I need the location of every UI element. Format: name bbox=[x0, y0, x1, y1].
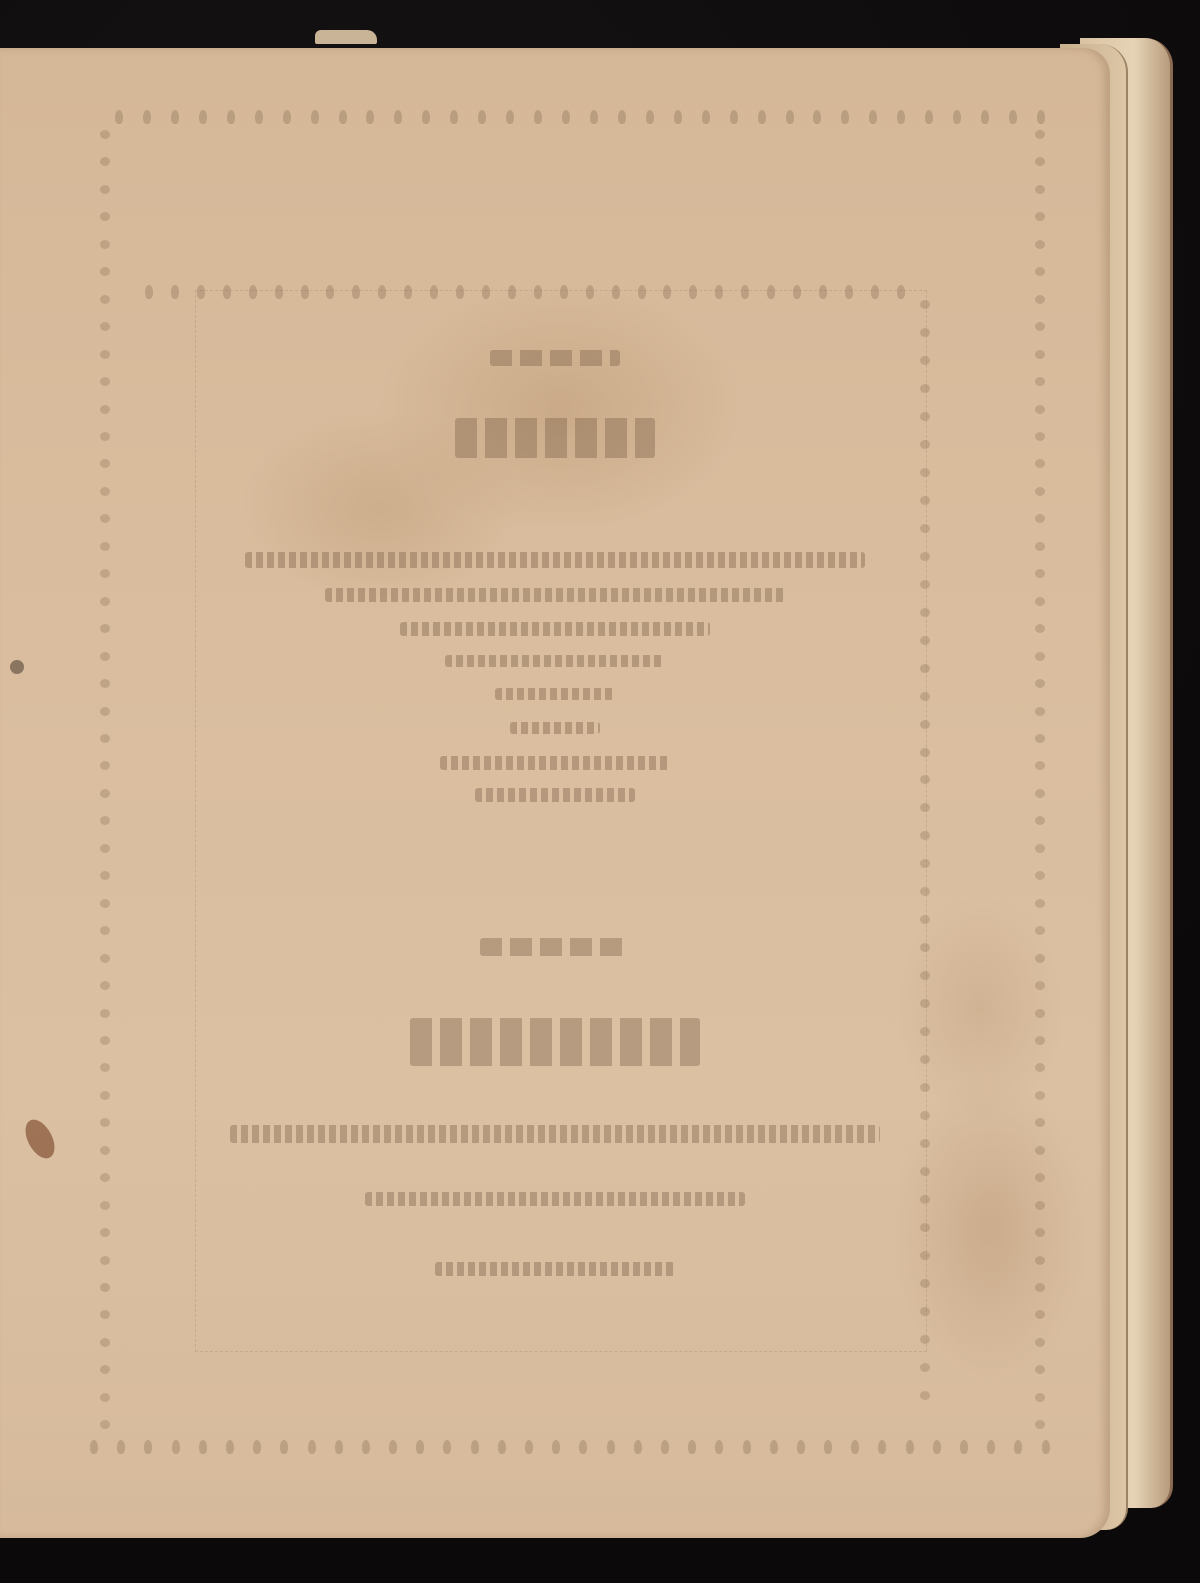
ornament-glyph bbox=[824, 1440, 832, 1454]
ornament-glyph bbox=[618, 110, 626, 124]
ornament-glyph bbox=[172, 1440, 180, 1454]
faded-glyphs bbox=[475, 788, 635, 802]
ornament-border-bottom bbox=[90, 1440, 1050, 1454]
ornament-glyph bbox=[1035, 1393, 1045, 1402]
ornament-glyph bbox=[100, 871, 110, 880]
ornament-glyph bbox=[1035, 1310, 1045, 1319]
ornament-glyph bbox=[100, 1393, 110, 1402]
bleed-text-line bbox=[0, 622, 1110, 636]
ornament-glyph bbox=[1035, 1173, 1045, 1182]
ornament-glyph bbox=[1035, 157, 1045, 166]
ornament-glyph bbox=[443, 1440, 451, 1454]
ornament-glyph bbox=[953, 110, 961, 124]
ornament-glyph bbox=[987, 1440, 995, 1454]
ornament-glyph bbox=[144, 1440, 152, 1454]
ornament-glyph bbox=[1035, 734, 1045, 743]
ornament-glyph bbox=[1035, 487, 1045, 496]
ornament-glyph bbox=[100, 1338, 110, 1347]
faded-glyphs bbox=[325, 588, 785, 602]
ornament-glyph bbox=[1035, 569, 1045, 578]
ornament-glyph bbox=[100, 1091, 110, 1100]
ornament-glyph bbox=[607, 1440, 615, 1454]
ornament-glyph bbox=[1035, 707, 1045, 716]
ornament-glyph bbox=[1035, 322, 1045, 331]
ornament-glyph bbox=[199, 1440, 207, 1454]
ornament-glyph bbox=[506, 110, 514, 124]
ornament-glyph bbox=[171, 285, 179, 299]
ornament-glyph bbox=[786, 110, 794, 124]
bleed-text-line bbox=[0, 1125, 1110, 1143]
ornament-glyph bbox=[1035, 185, 1045, 194]
ornament-glyph bbox=[1035, 1091, 1045, 1100]
ornament-glyph bbox=[878, 1440, 886, 1454]
ornament-glyph bbox=[100, 130, 110, 139]
ornament-glyph bbox=[422, 110, 430, 124]
ornament-glyph bbox=[758, 110, 766, 124]
ornament-glyph bbox=[100, 377, 110, 386]
ornament-glyph bbox=[1009, 110, 1017, 124]
ornament-glyph bbox=[579, 1440, 587, 1454]
ornament-glyph bbox=[171, 110, 179, 124]
bleed-text-line bbox=[0, 588, 1110, 602]
ornament-glyph bbox=[100, 405, 110, 414]
ornament-glyph bbox=[920, 1391, 930, 1400]
ornament-glyph bbox=[1035, 267, 1045, 276]
ornament-glyph bbox=[925, 110, 933, 124]
ornament-glyph bbox=[226, 1440, 234, 1454]
ornament-glyph bbox=[335, 1440, 343, 1454]
ornament-glyph bbox=[552, 1440, 560, 1454]
faded-glyphs bbox=[400, 622, 710, 636]
ornament-glyph bbox=[730, 110, 738, 124]
ornament-glyph bbox=[100, 1228, 110, 1237]
ornament-glyph bbox=[851, 1440, 859, 1454]
ornament-glyph bbox=[1035, 212, 1045, 221]
ornament-glyph bbox=[117, 1440, 125, 1454]
ornament-glyph bbox=[498, 1440, 506, 1454]
ornament-glyph bbox=[933, 1440, 941, 1454]
bleed-heading-line bbox=[0, 938, 1110, 956]
ornament-glyph bbox=[100, 1173, 110, 1182]
faded-glyphs bbox=[510, 722, 600, 734]
ornament-glyph bbox=[634, 1440, 642, 1454]
ornament-glyph bbox=[920, 1363, 930, 1372]
ornament-glyph bbox=[416, 1440, 424, 1454]
ornament-glyph bbox=[280, 1440, 288, 1454]
faded-glyphs bbox=[455, 418, 655, 458]
faded-glyphs bbox=[490, 350, 620, 366]
ornament-glyph bbox=[688, 1440, 696, 1454]
faded-glyphs bbox=[365, 1192, 745, 1206]
ornament-glyph bbox=[1035, 844, 1045, 853]
ornament-glyph bbox=[100, 1310, 110, 1319]
ornament-glyph bbox=[450, 110, 458, 124]
ornament-glyph bbox=[308, 1440, 316, 1454]
ornament-glyph bbox=[100, 514, 110, 523]
ornament-glyph bbox=[770, 1440, 778, 1454]
ornament-glyph bbox=[283, 110, 291, 124]
ornament-glyph bbox=[1035, 514, 1045, 523]
ornament-glyph bbox=[100, 981, 110, 990]
ornament-glyph bbox=[100, 1146, 110, 1155]
bleed-heading-line bbox=[0, 350, 1110, 366]
ornament-glyph bbox=[1035, 871, 1045, 880]
faded-glyphs bbox=[440, 756, 670, 770]
ornament-glyph bbox=[1035, 240, 1045, 249]
ornament-glyph bbox=[841, 110, 849, 124]
ornament-glyph bbox=[1035, 1365, 1045, 1374]
faded-glyphs bbox=[230, 1125, 880, 1143]
ornament-glyph bbox=[715, 1440, 723, 1454]
ornament-glyph bbox=[100, 844, 110, 853]
faded-glyphs bbox=[435, 1262, 675, 1276]
ornament-glyph bbox=[562, 110, 570, 124]
ornament-border-left bbox=[100, 130, 110, 1430]
ornament-glyph bbox=[702, 110, 710, 124]
ornament-border-right bbox=[1035, 130, 1045, 1430]
ornament-glyph bbox=[1035, 679, 1045, 688]
ornament-glyph bbox=[1035, 1146, 1045, 1155]
bleed-text-line bbox=[0, 552, 1110, 568]
ornament-glyph bbox=[1035, 1283, 1045, 1292]
bleed-text-line bbox=[0, 655, 1110, 667]
ornament-glyph bbox=[389, 1440, 397, 1454]
ornament-glyph bbox=[100, 185, 110, 194]
bleed-heading-line bbox=[0, 418, 1110, 458]
ornament-glyph bbox=[1035, 1420, 1045, 1429]
ornament-glyph bbox=[1035, 899, 1045, 908]
ornament-glyph bbox=[661, 1440, 669, 1454]
bleed-text-line bbox=[0, 688, 1110, 700]
ornament-glyph bbox=[897, 110, 905, 124]
ornament-glyph bbox=[960, 1440, 968, 1454]
ornament-glyph bbox=[100, 707, 110, 716]
ornament-glyph bbox=[1014, 1440, 1022, 1454]
faded-glyphs bbox=[445, 655, 665, 667]
bleed-text-line bbox=[0, 756, 1110, 770]
ornament-glyph bbox=[199, 110, 207, 124]
faded-glyphs bbox=[245, 552, 865, 568]
ornament-glyph bbox=[362, 1440, 370, 1454]
ornament-glyph bbox=[471, 1440, 479, 1454]
ornament-glyph bbox=[145, 285, 153, 299]
ornament-glyph bbox=[100, 1365, 110, 1374]
ornament-glyph bbox=[1035, 926, 1045, 935]
ornament-glyph bbox=[1035, 981, 1045, 990]
ornament-glyph bbox=[1035, 405, 1045, 414]
ornament-border-top bbox=[115, 110, 1045, 124]
ornament-glyph bbox=[100, 157, 110, 166]
ornament-glyph bbox=[1035, 459, 1045, 468]
ornament-glyph bbox=[100, 816, 110, 825]
ornament-glyph bbox=[1035, 377, 1045, 386]
ornament-glyph bbox=[100, 1009, 110, 1018]
faded-glyphs bbox=[495, 688, 615, 700]
ornament-glyph bbox=[1042, 1440, 1050, 1454]
ornament-glyph bbox=[100, 542, 110, 551]
ornament-glyph bbox=[1037, 110, 1045, 124]
bleed-text-line bbox=[0, 788, 1110, 802]
ornament-glyph bbox=[227, 110, 235, 124]
ornament-glyph bbox=[1035, 295, 1045, 304]
ornament-glyph bbox=[100, 679, 110, 688]
bleed-text-line bbox=[0, 1262, 1110, 1276]
ornament-glyph bbox=[366, 110, 374, 124]
ornament-glyph bbox=[1035, 1009, 1045, 1018]
ornament-glyph bbox=[100, 487, 110, 496]
ornament-glyph bbox=[100, 1283, 110, 1292]
ornament-glyph bbox=[674, 110, 682, 124]
ornament-glyph bbox=[1035, 1338, 1045, 1347]
ornament-glyph bbox=[90, 1440, 98, 1454]
ornament-glyph bbox=[869, 110, 877, 124]
ornament-glyph bbox=[100, 569, 110, 578]
faded-glyphs bbox=[410, 1018, 700, 1066]
ornament-glyph bbox=[1035, 542, 1045, 551]
ornament-glyph bbox=[143, 110, 151, 124]
bleed-text-line bbox=[0, 1192, 1110, 1206]
ornament-glyph bbox=[906, 1440, 914, 1454]
ornament-glyph bbox=[115, 110, 123, 124]
ornament-glyph bbox=[646, 110, 654, 124]
ornament-glyph bbox=[534, 110, 542, 124]
ornament-glyph bbox=[797, 1440, 805, 1454]
ornament-glyph bbox=[100, 322, 110, 331]
ornament-glyph bbox=[1035, 130, 1045, 139]
ornament-glyph bbox=[525, 1440, 533, 1454]
ornament-glyph bbox=[743, 1440, 751, 1454]
faded-glyphs bbox=[480, 938, 630, 956]
ornament-glyph bbox=[478, 110, 486, 124]
torn-paper-fragment bbox=[315, 30, 377, 44]
ornament-glyph bbox=[100, 459, 110, 468]
ornament-glyph bbox=[981, 110, 989, 124]
ornament-glyph bbox=[311, 110, 319, 124]
speck bbox=[10, 660, 24, 674]
bleed-heading-line bbox=[0, 1018, 1110, 1066]
ornament-glyph bbox=[100, 295, 110, 304]
ornament-glyph bbox=[590, 110, 598, 124]
ornament-glyph bbox=[1035, 816, 1045, 825]
ornament-glyph bbox=[394, 110, 402, 124]
ornament-glyph bbox=[100, 267, 110, 276]
ornament-glyph bbox=[100, 1420, 110, 1429]
ornament-glyph bbox=[100, 926, 110, 935]
ornament-glyph bbox=[255, 110, 263, 124]
ornament-glyph bbox=[253, 1440, 261, 1454]
ornament-glyph bbox=[339, 110, 347, 124]
ornament-glyph bbox=[100, 899, 110, 908]
ornament-glyph bbox=[1035, 1228, 1045, 1237]
ornament-glyph bbox=[813, 110, 821, 124]
ornament-glyph bbox=[100, 734, 110, 743]
bleed-text-line bbox=[0, 722, 1110, 734]
ornament-glyph bbox=[100, 212, 110, 221]
ornament-glyph bbox=[100, 240, 110, 249]
